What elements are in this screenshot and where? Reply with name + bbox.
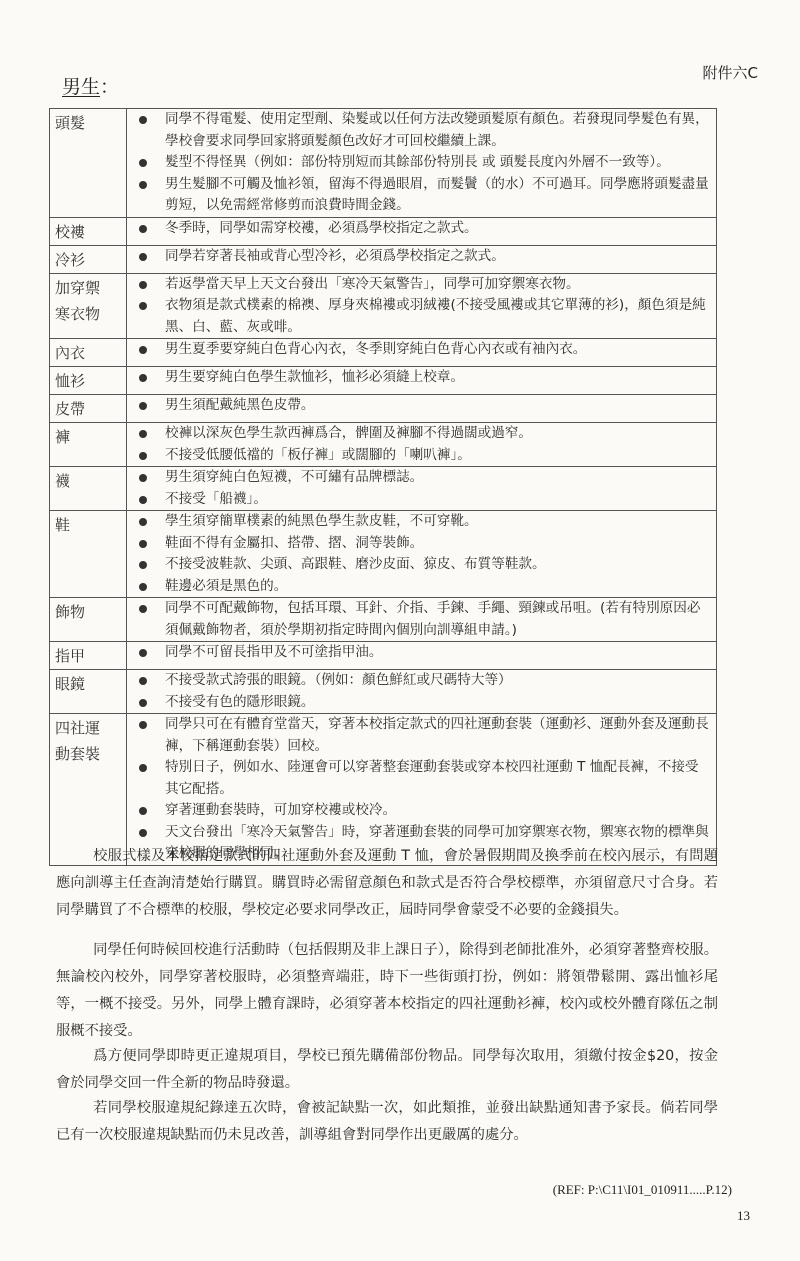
rule-category: 褲 — [50, 423, 127, 467]
rule-bullet-item: 男生要穿純白色學生款恤衫，恤衫必須縫上校章。 — [127, 367, 710, 389]
rule-row: 褲校褲以深灰色學生款西褲爲合，髀圍及褲腳不得過闊或過窄。不接受低腰低襠的「板仔褲… — [50, 423, 717, 467]
rule-bullet-item: 不接受有色的隱形眼鏡。 — [127, 692, 710, 714]
rule-bullet-list: 學生須穿簡單樸素的純黑色學生款皮鞋，不可穿靴。鞋面不得有金屬扣、搭帶、摺、洞等裝… — [127, 511, 710, 597]
rule-row: 校褸冬季時，同學如需穿校褸，必須爲學校指定之款式。 — [50, 217, 717, 245]
rule-bullet-item: 若返學當天早上天文台發出「寒冷天氣警告」，同學可加穿禦寒衣物。 — [127, 274, 710, 296]
rule-category: 襪 — [50, 467, 127, 511]
paragraph-activities: 同學任何時候回校進行活動時（包括假期及非上課日子），除得到老師批准外，必須穿著整… — [56, 937, 718, 1045]
rule-category: 校褸 — [50, 217, 127, 245]
rule-items: 同學不可配戴飾物，包括耳環、耳針、介指、手鍊、手繩、頸鍊或吊咀。(若有特別原因必… — [127, 598, 717, 642]
rule-category: 加穿禦寒衣物 — [50, 273, 127, 339]
rule-bullet-item: 穿著運動套裝時，可加穿校褸或校冷。 — [127, 800, 710, 822]
rule-items: 同學不得電髮、使用定型劑、染髮或以任何方法改變頭髮原有顏色。若發現同學髮色有異，… — [127, 109, 717, 218]
rule-category: 冷衫 — [50, 245, 127, 273]
rule-row: 恤衫男生要穿純白色學生款恤衫，恤衫必須縫上校章。 — [50, 367, 717, 395]
rule-category: 指甲 — [50, 642, 127, 670]
reference-note: (REF: P:\C11\I01_010911.....P.12) — [553, 1182, 732, 1198]
rule-bullet-list: 男生要穿純白色學生款恤衫，恤衫必須縫上校章。 — [127, 367, 710, 389]
rule-row: 冷衫同學若穿著長袖或背心型冷衫，必須爲學校指定之款式。 — [50, 245, 717, 273]
rule-category: 眼鏡 — [50, 670, 127, 714]
rule-bullet-item: 校褲以深灰色學生款西褲爲合，髀圍及褲腳不得過闊或過窄。 — [127, 423, 710, 445]
rule-bullet-list: 不接受款式誇張的眼鏡。（例如：顏色鮮紅或尺碼特大等）不接受有色的隱形眼鏡。 — [127, 670, 710, 713]
rule-bullet-item: 男生須穿純白色短襪，不可繡有品牌標誌。 — [127, 467, 710, 489]
rule-items: 若返學當天早上天文台發出「寒冷天氣警告」，同學可加穿禦寒衣物。衣物須是款式樸素的… — [127, 273, 717, 339]
paragraph-deposit: 爲方便同學即時更正違規項目，學校已預先購備部份物品。同學每次取用，須繳付按金$2… — [56, 1043, 718, 1097]
rule-bullet-item: 學生須穿簡單樸素的純黑色學生款皮鞋，不可穿靴。 — [127, 511, 710, 533]
rule-bullet-item: 鞋邊必須是黑色的。 — [127, 576, 710, 598]
section-title-colon: ： — [100, 76, 119, 98]
rule-bullet-item: 衣物須是款式樸素的棉襖、厚身夾棉褸或羽絨褸(不接受風褸或其它單薄的衫)，顏色須是… — [127, 295, 710, 338]
rule-bullet-item: 同學只可在有體育堂當天，穿著本校指定款式的四社運動套裝（運動衫、運動外套及運動長… — [127, 714, 710, 757]
rule-bullet-item: 同學不得電髮、使用定型劑、染髮或以任何方法改變頭髮原有顏色。若發現同學髮色有異，… — [127, 109, 710, 152]
rule-items: 學生須穿簡單樸素的純黑色學生款皮鞋，不可穿靴。鞋面不得有金屬扣、搭帶、摺、洞等裝… — [127, 511, 717, 598]
rule-bullet-list: 男生須穿純白色短襪，不可繡有品牌標誌。不接受「船襪」。 — [127, 467, 710, 510]
rule-bullet-list: 冬季時，同學如需穿校褸，必須爲學校指定之款式。 — [127, 218, 710, 240]
rule-row: 襪男生須穿純白色短襪，不可繡有品牌標誌。不接受「船襪」。 — [50, 467, 717, 511]
rule-row: 眼鏡不接受款式誇張的眼鏡。（例如：顏色鮮紅或尺碼特大等）不接受有色的隱形眼鏡。 — [50, 670, 717, 714]
rule-bullet-item: 不接受波鞋款、尖頭、高跟鞋、磨沙皮面、猄皮、布質等鞋款。 — [127, 554, 710, 576]
rule-bullet-item: 男生須配戴純黑色皮帶。 — [127, 395, 710, 417]
rule-bullet-item: 不接受低腰低襠的「板仔褲」或闊腳的「喇叭褲」。 — [127, 445, 710, 467]
uniform-rules-table: 頭髮同學不得電髮、使用定型劑、染髮或以任何方法改變頭髮原有顏色。若發現同學髮色有… — [49, 108, 717, 866]
rule-items: 同學若穿著長袖或背心型冷衫，必須爲學校指定之款式。 — [127, 245, 717, 273]
rule-items: 同學不可留長指甲及不可塗指甲油。 — [127, 642, 717, 670]
rule-bullet-list: 同學不可留長指甲及不可塗指甲油。 — [127, 642, 710, 664]
rule-bullet-list: 校褲以深灰色學生款西褲爲合，髀圍及褲腳不得過闊或過窄。不接受低腰低襠的「板仔褲」… — [127, 423, 710, 466]
rule-items: 男生要穿純白色學生款恤衫，恤衫必須縫上校章。 — [127, 367, 717, 395]
rule-row: 指甲同學不可留長指甲及不可塗指甲油。 — [50, 642, 717, 670]
rule-bullet-item: 同學不可留長指甲及不可塗指甲油。 — [127, 642, 710, 664]
rule-items: 校褲以深灰色學生款西褲爲合，髀圍及褲腳不得過闊或過窄。不接受低腰低襠的「板仔褲」… — [127, 423, 717, 467]
page-number: 13 — [737, 1208, 750, 1224]
rule-items: 冬季時，同學如需穿校褸，必須爲學校指定之款式。 — [127, 217, 717, 245]
rule-row: 飾物同學不可配戴飾物，包括耳環、耳針、介指、手鍊、手繩、頸鍊或吊咀。(若有特別原… — [50, 598, 717, 642]
rule-bullet-list: 男生須配戴純黑色皮帶。 — [127, 395, 710, 417]
paragraph-uniform-purchase: 校服式樣及本校指定款式的四社運動外套及運動 T 恤，會於暑假期間及換季前在校內展… — [56, 843, 718, 924]
rule-items: 男生須配戴純黑色皮帶。 — [127, 395, 717, 423]
rule-bullet-item: 鞋面不得有金屬扣、搭帶、摺、洞等裝飾。 — [127, 533, 710, 555]
rule-bullet-list: 同學不得電髮、使用定型劑、染髮或以任何方法改變頭髮原有顏色。若發現同學髮色有異，… — [127, 109, 710, 217]
rule-bullet-list: 同學若穿著長袖或背心型冷衫，必須爲學校指定之款式。 — [127, 246, 710, 268]
rule-category: 皮帶 — [50, 395, 127, 423]
rule-category: 內衣 — [50, 339, 127, 367]
rule-bullet-item: 不接受「船襪」。 — [127, 489, 710, 511]
section-title: 男生： — [62, 72, 119, 99]
rule-bullet-item: 髮型不得怪異（例如：部份特別短而其餘部份特別長 或 頭髮長度內外層不一致等）。 — [127, 152, 710, 174]
rule-bullet-item: 同學若穿著長袖或背心型冷衫，必須爲學校指定之款式。 — [127, 246, 710, 268]
rule-category: 恤衫 — [50, 367, 127, 395]
rule-bullet-item: 特別日子，例如水、陸運會可以穿著整套運動套裝或穿本校四社運動 T 恤配長褲，不接… — [127, 757, 710, 800]
rule-bullet-list: 同學只可在有體育堂當天，穿著本校指定款式的四社運動套裝（運動衫、運動外套及運動長… — [127, 714, 710, 865]
rule-row: 內衣男生夏季要穿純白色背心內衣，冬季則穿純白色背心內衣或有袖內衣。 — [50, 339, 717, 367]
rule-row: 皮帶男生須配戴純黑色皮帶。 — [50, 395, 717, 423]
rule-items: 男生須穿純白色短襪，不可繡有品牌標誌。不接受「船襪」。 — [127, 467, 717, 511]
rule-items: 不接受款式誇張的眼鏡。（例如：顏色鮮紅或尺碼特大等）不接受有色的隱形眼鏡。 — [127, 670, 717, 714]
paragraph-demerit: 若同學校服違規紀錄達五次時，會被記缺點一次，如此類推，並發出缺點通知書予家長。倘… — [56, 1095, 718, 1149]
rule-bullet-item: 男生夏季要穿純白色背心內衣，冬季則穿純白色背心內衣或有袖內衣。 — [127, 339, 710, 361]
rule-category: 鞋 — [50, 511, 127, 598]
rule-items: 男生夏季要穿純白色背心內衣，冬季則穿純白色背心內衣或有袖內衣。 — [127, 339, 717, 367]
rule-bullet-item: 不接受款式誇張的眼鏡。（例如：顏色鮮紅或尺碼特大等） — [127, 670, 710, 692]
rule-row: 頭髮同學不得電髮、使用定型劑、染髮或以任何方法改變頭髮原有顏色。若發現同學髮色有… — [50, 109, 717, 218]
section-title-text: 男生 — [62, 76, 100, 98]
annex-label: 附件六C — [703, 62, 758, 83]
rule-bullet-list: 男生夏季要穿純白色背心內衣，冬季則穿純白色背心內衣或有袖內衣。 — [127, 339, 710, 361]
rule-category: 飾物 — [50, 598, 127, 642]
rule-bullet-list: 若返學當天早上天文台發出「寒冷天氣警告」，同學可加穿禦寒衣物。衣物須是款式樸素的… — [127, 274, 710, 339]
rule-bullet-item: 同學不可配戴飾物，包括耳環、耳針、介指、手鍊、手繩、頸鍊或吊咀。(若有特別原因必… — [127, 598, 710, 641]
rule-category: 頭髮 — [50, 109, 127, 218]
rule-bullet-item: 冬季時，同學如需穿校褸，必須爲學校指定之款式。 — [127, 218, 710, 240]
rule-bullet-list: 同學不可配戴飾物，包括耳環、耳針、介指、手鍊、手繩、頸鍊或吊咀。(若有特別原因必… — [127, 598, 710, 641]
rule-row: 加穿禦寒衣物若返學當天早上天文台發出「寒冷天氣警告」，同學可加穿禦寒衣物。衣物須… — [50, 273, 717, 339]
rule-row: 鞋學生須穿簡單樸素的純黑色學生款皮鞋，不可穿靴。鞋面不得有金屬扣、搭帶、摺、洞等… — [50, 511, 717, 598]
rule-bullet-item: 男生髮腳不可觸及恤衫領，留海不得過眼眉，而髮鬢（的水）不可過耳。同學應將頭髮盡量… — [127, 174, 710, 217]
